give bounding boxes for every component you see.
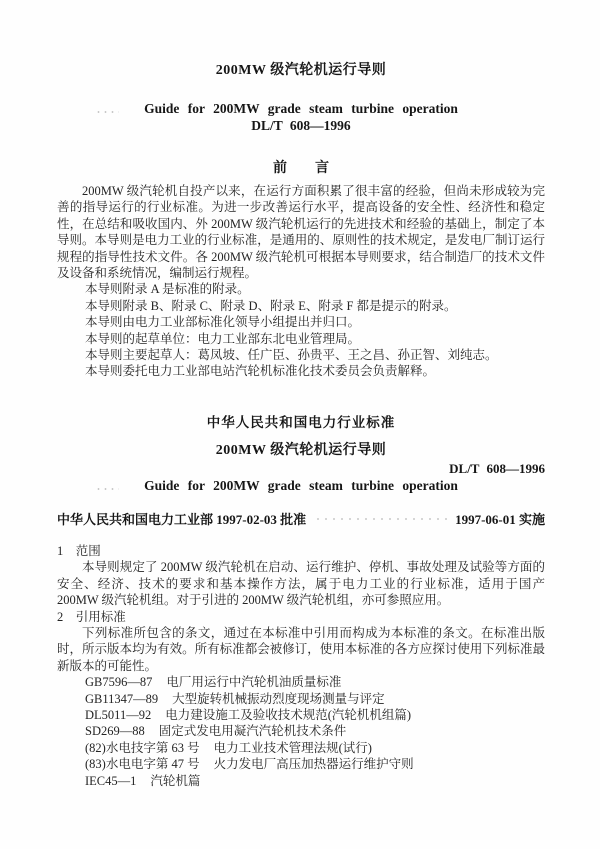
foreword-note: 本导则委托电力工业部电站汽轮机标准化技术委员会负责解释。 — [57, 363, 545, 379]
reference-code: (83)水电电字第 47 号 — [85, 757, 200, 771]
effective-text: 1997-06-01 实施 — [455, 511, 545, 528]
reference-title: 电力建设施工及验收技术规范(汽轮机机组篇) — [165, 708, 411, 722]
dotted-leader-artifact — [95, 486, 119, 492]
reference-title: 电力工业技术管理法规(试行) — [214, 741, 372, 755]
std-standard-no: DL/T 608—1996 — [57, 461, 545, 477]
reference-code: DL5011—92 — [85, 708, 151, 722]
reference-code: IEC45—1 — [85, 774, 136, 788]
document-page: 200MW 级汽轮机运行导则 Guide for 200MW grade ste… — [0, 0, 600, 849]
reference-row: GB11347—89大型旋转机械振动烈度现场测量与评定 — [57, 691, 545, 707]
reference-title: 火力发电厂高压加热器运行维护守则 — [214, 757, 414, 771]
section-2-body: 下列标准所包含的条文，通过在本标准中引用而构成为本标准的条文。在标准出版时，所示… — [57, 625, 545, 674]
section-2-heading: 2 引用标准 — [57, 609, 545, 625]
references-list: GB7596—87电厂用运行中汽轮机油质量标准 GB11347—89大型旋转机械… — [57, 674, 545, 789]
reference-row: IEC45—1汽轮机篇 — [57, 773, 545, 789]
doc-title-cn: 200MW 级汽轮机运行导则 — [57, 62, 545, 80]
page-content: 200MW 级汽轮机运行导则 Guide for 200MW grade ste… — [0, 62, 600, 789]
foreword-note: 本导则的起草单位：电力工业部东北电业管理局。 — [57, 331, 545, 347]
foreword-paragraph: 200MW 级汽轮机自投产以来，在运行方面积累了很丰富的经验，但尚未形成较为完善… — [57, 183, 545, 281]
reference-title: 固定式发电用凝汽汽轮机技术条件 — [159, 724, 347, 738]
reference-row: (82)水电技字第 63 号电力工业技术管理法规(试行) — [57, 740, 545, 756]
reference-code: SD269—88 — [85, 724, 145, 738]
foreword-heading: 前 言 — [57, 160, 545, 178]
std-title-en: Guide for 200MW grade steam turbine oper… — [144, 478, 458, 493]
reference-code: GB11347—89 — [85, 692, 158, 706]
doc-standard-no: DL/T 608—1996 — [57, 117, 545, 134]
section-1-heading: 1 范围 — [57, 543, 545, 559]
reference-row: GB7596—87电厂用运行中汽轮机油质量标准 — [57, 674, 545, 690]
reference-title: 电厂用运行中汽轮机油质量标准 — [166, 675, 341, 689]
approval-text: 中华人民共和国电力工业部 1997-02-03 批准 — [57, 511, 306, 528]
reference-row: (83)水电电字第 47 号火力发电厂高压加热器运行维护守则 — [57, 756, 545, 772]
doc-title-en: Guide for 200MW grade steam turbine oper… — [144, 101, 458, 116]
std-title-cn: 200MW 级汽轮机运行导则 — [57, 442, 545, 460]
foreword-note: 本导则附录 A 是标准的附录。 — [57, 281, 545, 297]
approval-row: 中华人民共和国电力工业部 1997-02-03 批准 1997-06-01 实施 — [57, 511, 545, 528]
dotted-leader — [314, 516, 447, 522]
std-title-en-row: Guide for 200MW grade steam turbine oper… — [57, 477, 545, 494]
section-1-body: 本导则规定了 200MW 级汽轮机在启动、运行维护、停机、事故处理及试验等方面的… — [57, 559, 545, 608]
foreword-notes: 本导则附录 A 是标准的附录。 本导则附录 B、附录 C、附录 D、附录 E、附… — [57, 281, 545, 379]
foreword-note: 本导则由电力工业部标准化领导小组提出并归口。 — [57, 314, 545, 330]
reference-code: (82)水电技字第 63 号 — [85, 741, 200, 755]
reference-title: 大型旋转机械振动烈度现场测量与评定 — [172, 692, 385, 706]
reference-code: GB7596—87 — [85, 675, 152, 689]
reference-row: SD269—88固定式发电用凝汽汽轮机技术条件 — [57, 723, 545, 739]
reference-row: DL5011—92电力建设施工及验收技术规范(汽轮机机组篇) — [57, 707, 545, 723]
dotted-leader-artifact — [95, 109, 119, 115]
industry-standard-label: 中华人民共和国电力行业标准 — [57, 414, 545, 432]
foreword-note: 本导则主要起草人：葛凤坡、任广臣、孙贵平、王之昌、孙正智、刘纯志。 — [57, 347, 545, 363]
reference-title: 汽轮机篇 — [150, 774, 200, 788]
foreword-note: 本导则附录 B、附录 C、附录 D、附录 E、附录 F 都是提示的附录。 — [57, 298, 545, 314]
doc-title-en-row: Guide for 200MW grade steam turbine oper… — [57, 100, 545, 117]
